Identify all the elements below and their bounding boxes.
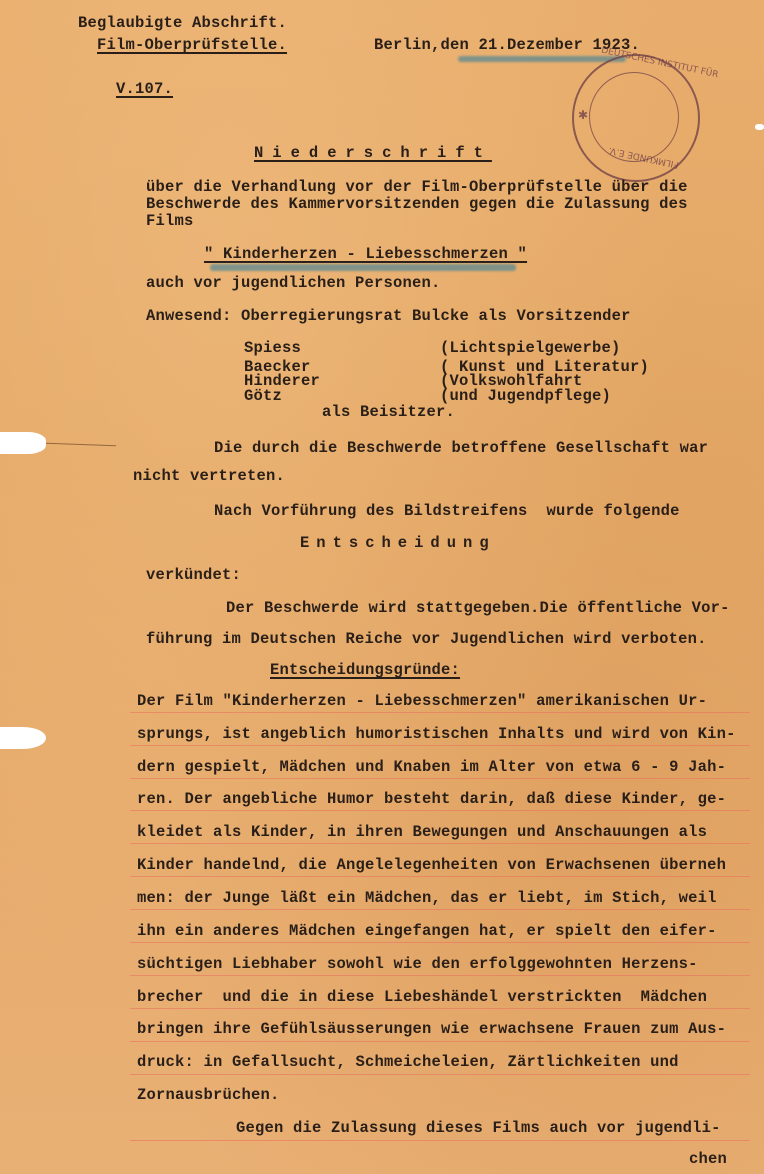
member-name: Götz xyxy=(244,387,282,405)
member-role: (und Jugendpflege) xyxy=(440,387,611,405)
punch-hole-top xyxy=(0,432,46,454)
member-role: (Lichtspielgewerbe) xyxy=(440,339,621,357)
stamp-star-icon: ✱ xyxy=(578,108,588,122)
reasons-line: men: der Junge läßt ein Mädchen, das er … xyxy=(137,889,717,907)
reasons-line: sprungs, ist angeblich humoristischen In… xyxy=(137,725,736,743)
reasons-line: bringen ihre Gefühlsäusserungen wie erwa… xyxy=(137,1020,726,1038)
attendance-chair: Anwesend: Oberregierungsrat Bulcke als V… xyxy=(146,307,631,325)
decision-line-1: Der Beschwerde wird stattgegeben.Die öff… xyxy=(226,599,730,617)
intro-line-3: Films xyxy=(146,212,194,230)
reasons-line: brecher und die in diese Liebeshändel ve… xyxy=(137,988,707,1006)
red-underline xyxy=(130,1008,750,1009)
reasons-heading: Entscheidungsgründe: xyxy=(270,661,460,679)
reasons-line: kleidet als Kinder, in ihren Bewegungen … xyxy=(137,823,707,841)
reasons-line: dern gespielt, Mädchen und Knaben im Alt… xyxy=(137,758,726,776)
red-underline xyxy=(130,909,750,910)
reasons-line: ren. Der angebliche Humor besteht darin,… xyxy=(137,790,726,808)
assessors-label: als Beisitzer. xyxy=(322,403,455,421)
paragraph-1-line-2: nicht vertreten. xyxy=(133,467,285,485)
red-underline xyxy=(130,778,750,779)
red-underline xyxy=(130,1041,750,1042)
paragraph-1-line-1: Die durch die Beschwerde betroffene Gese… xyxy=(214,439,708,457)
institute-stamp-inner-ring xyxy=(589,72,679,162)
final-line: Gegen die Zulassung dieses Films auch vo… xyxy=(236,1119,721,1137)
red-underline xyxy=(130,745,750,746)
red-underline xyxy=(130,975,750,976)
paragraph-2-line-1: Nach Vorführung des Bildstreifens wurde … xyxy=(214,502,680,520)
announced-label: verkündet: xyxy=(146,566,241,584)
date-highlight-mark xyxy=(458,56,626,62)
reasons-line: süchtigen Liebhaber sowohl wie den erfol… xyxy=(137,955,698,973)
office-name: Film-Oberprüfstelle. xyxy=(97,36,287,54)
reasons-line: druck: in Gefallsucht, Schmeicheleien, Z… xyxy=(137,1053,679,1071)
reference-number: V.107. xyxy=(116,80,173,98)
punch-hole-bottom xyxy=(0,727,46,749)
red-underline xyxy=(130,810,750,811)
red-underline xyxy=(130,876,750,877)
red-underline xyxy=(130,942,750,943)
member-name: Spiess xyxy=(244,339,301,357)
catchword: chen xyxy=(689,1150,727,1168)
red-underline xyxy=(130,712,750,713)
red-underline xyxy=(130,843,750,844)
film-title: " Kinderherzen - Liebesschmerzen " xyxy=(204,245,527,263)
reasons-line: Kinder handelnd, die Angelelegenheiten v… xyxy=(137,856,726,874)
decision-line-2: führung im Deutschen Reiche vor Jugendli… xyxy=(146,630,707,648)
intro-line-2: Beschwerde des Kammervorsitzenden gegen … xyxy=(146,195,688,213)
edge-tear-right xyxy=(755,124,764,130)
decision-heading: Entscheidung xyxy=(300,534,496,552)
reasons-line: ihn ein anderes Mädchen eingefangen hat,… xyxy=(137,922,717,940)
red-underline xyxy=(130,1140,750,1141)
certified-copy-label: Beglaubigte Abschrift. xyxy=(78,14,287,32)
document-title: Niederschrift xyxy=(254,144,492,162)
intro-line-1: über die Verhandlung vor der Film-Oberpr… xyxy=(146,178,688,196)
reasons-line: Der Film "Kinderherzen - Liebesschmerzen… xyxy=(137,692,707,710)
red-underline xyxy=(130,1074,750,1075)
intro-line-4: auch vor jugendlichen Personen. xyxy=(146,274,441,292)
film-title-highlight-mark xyxy=(210,264,516,271)
reasons-line: Zornausbrüchen. xyxy=(137,1086,280,1104)
